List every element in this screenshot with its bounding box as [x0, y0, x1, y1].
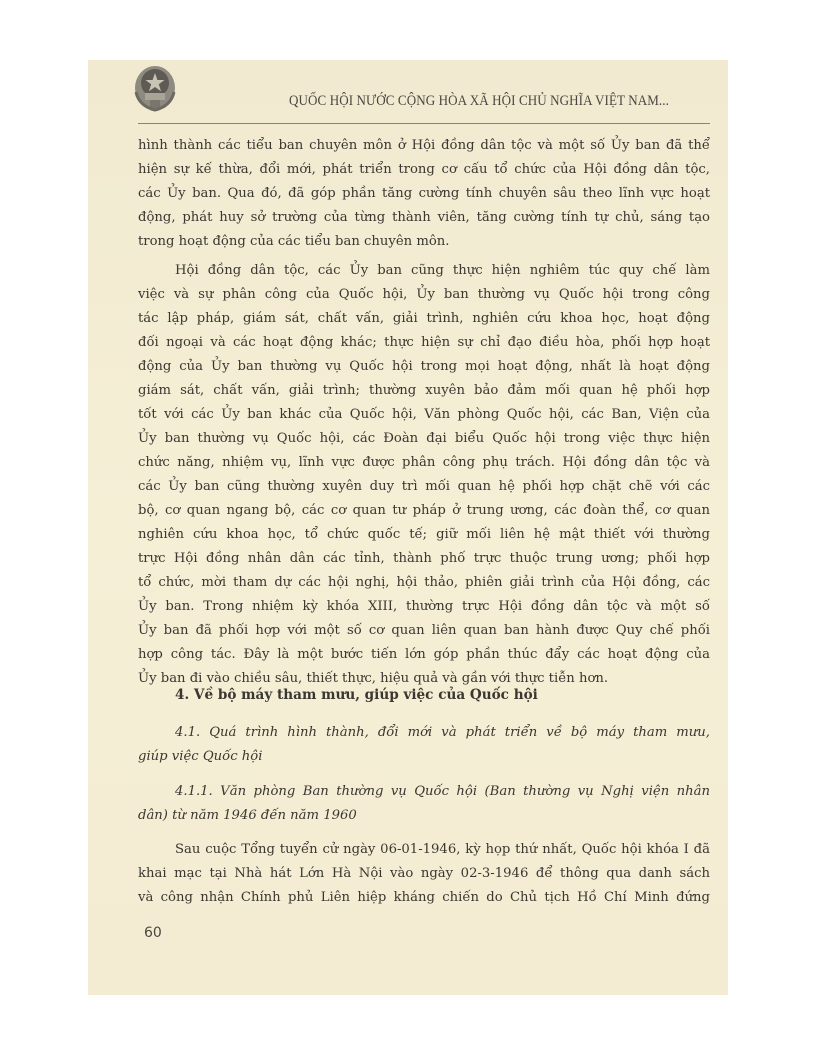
text-line: hợp công tác. Đây là một bước tiến lớn g…	[138, 643, 710, 667]
subsection-heading-4-1: 4.1. Quá trình hình thành, đổi mới và ph…	[138, 721, 710, 769]
text-line: hiện sự kế thừa, đổi mới, phát triển tro…	[138, 158, 710, 182]
text-line: việc và sự phân công của Quốc hội, Ủy ba…	[138, 283, 710, 307]
section-heading-text: 4. Về bộ máy tham mưu, giúp việc của Quố…	[138, 683, 710, 707]
text-line: và công nhận Chính phủ Liên hiệp kháng c…	[138, 886, 710, 910]
text-line: tốt với các Ủy ban khác của Quốc hội, Vă…	[138, 403, 710, 427]
text-line: 4.1.1. Văn phòng Ban thường vụ Quốc hội …	[138, 780, 710, 804]
text-line: hình thành các tiểu ban chuyên môn ở Hội…	[138, 134, 710, 158]
text-line: dân) từ năm 1946 đến năm 1960	[138, 804, 710, 828]
text-line: chức năng, nhiệm vụ, lĩnh vực được phân …	[138, 451, 710, 475]
paragraph-1: hình thành các tiểu ban chuyên môn ở Hội…	[138, 134, 710, 254]
text-line: các Ủy ban. Qua đó, đã góp phần tăng cườ…	[138, 182, 710, 206]
text-line: nghiên cứu khoa học, tổ chức quốc tế; gi…	[138, 523, 710, 547]
running-title: QUỐC HỘI NƯỚC CỘNG HÒA XÃ HỘI CHỦ NGHĨA …	[289, 93, 669, 110]
text-line: Ủy ban thường vụ Quốc hội, các Đoàn đại …	[138, 427, 710, 451]
national-emblem-icon	[133, 64, 177, 112]
section-heading: 4. Về bộ máy tham mưu, giúp việc của Quố…	[138, 683, 710, 707]
text-line: giúp việc Quốc hội	[138, 745, 710, 769]
paragraph-3: Sau cuộc Tổng tuyển cử ngày 06-01-1946, …	[138, 838, 710, 910]
text-line: khai mạc tại Nhà hát Lớn Hà Nội vào ngày…	[138, 862, 710, 886]
text-line: bộ, cơ quan ngang bộ, các cơ quan tư phá…	[138, 499, 710, 523]
text-line: các Ủy ban cũng thường xuyên duy trì mối…	[138, 475, 710, 499]
header-rule	[138, 113, 710, 124]
text-line: Sau cuộc Tổng tuyển cử ngày 06-01-1946, …	[138, 838, 710, 862]
subsection-heading-4-1-1: 4.1.1. Văn phòng Ban thường vụ Quốc hội …	[138, 780, 710, 828]
text-line: Hội đồng dân tộc, các Ủy ban cũng thực h…	[138, 259, 710, 283]
page-number: 60	[144, 925, 162, 941]
text-line: trực Hội đồng nhân dân các tỉnh, thành p…	[138, 547, 710, 571]
text-line: trong hoạt động của các tiểu ban chuyên …	[138, 230, 710, 254]
text-line: Ủy ban đã phối hợp với một số cơ quan li…	[138, 619, 710, 643]
text-line: tổ chức, mời tham dự các hội nghị, hội t…	[138, 571, 710, 595]
text-line: Ủy ban. Trong nhiệm kỳ khóa XIII, thường…	[138, 595, 710, 619]
text-line: giám sát, chất vấn, giải trình; thường x…	[138, 379, 710, 403]
text-line: động của Ủy ban thường vụ Quốc hội trong…	[138, 355, 710, 379]
text-line: 4.1. Quá trình hình thành, đổi mới và ph…	[138, 721, 710, 745]
text-line: tác lập pháp, giám sát, chất vấn, giải t…	[138, 307, 710, 331]
text-line: đối ngoại và các hoạt động khác; thực hi…	[138, 331, 710, 355]
paragraph-2: Hội đồng dân tộc, các Ủy ban cũng thực h…	[138, 259, 710, 691]
text-line: động, phát huy sở trường của từng thành …	[138, 206, 710, 230]
